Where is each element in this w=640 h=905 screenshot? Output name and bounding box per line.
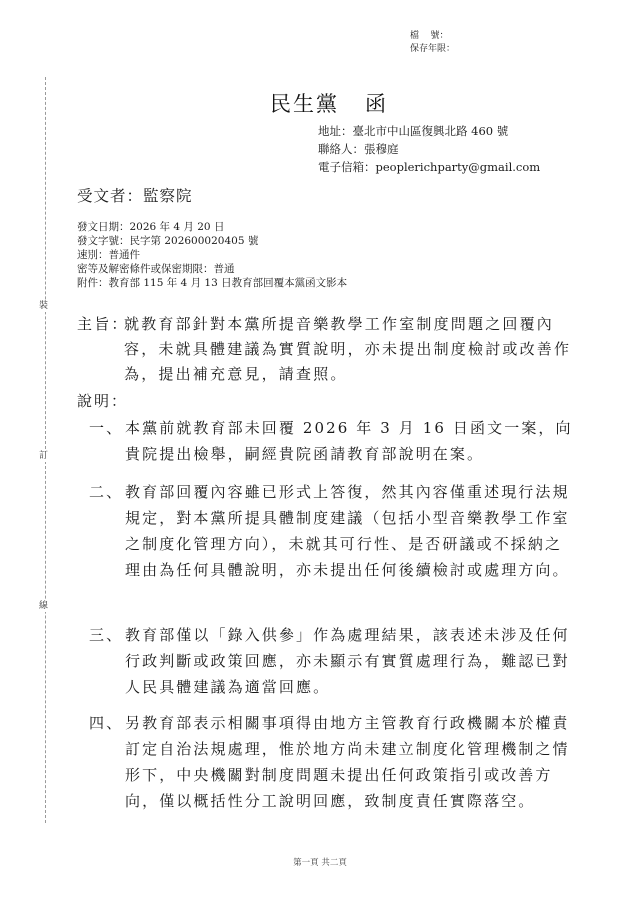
item-number: 四、 — [89, 710, 123, 736]
item-number: 二、 — [89, 479, 123, 505]
address: 地址：臺北市中山區復興北路 460 號 — [318, 122, 540, 140]
explanation-item: 四、 另教育部表示相關事項得由地方主管教育行政機關本於權責訂定自治法規處理，惟於… — [89, 710, 573, 814]
file-number-label: 檔 號： — [410, 30, 455, 43]
contact-block: 地址：臺北市中山區復興北路 460 號 聯絡人：張穆庭 電子信箱：peopler… — [318, 122, 540, 176]
item-text: 本黨前就教育部未回覆 2026 年 3 月 16 日函文一案，向貴院提出檢舉，嗣… — [125, 415, 573, 467]
recipient: 受文者：監察院 — [77, 184, 193, 206]
binding-mark-xian: 線 — [39, 600, 48, 612]
classification: 密等及解密條件或保密期限：普通 — [77, 262, 347, 276]
document-number: 發文字號：民字第 202600020405 號 — [77, 234, 347, 248]
subject-label: 主旨： — [77, 312, 129, 337]
document-title: 民生黨 函 — [270, 88, 388, 118]
item-number: 一、 — [89, 415, 123, 441]
document-meta: 發文日期：2026 年 4 月 20 日 發文字號：民字第 2026000204… — [77, 220, 347, 290]
attachment: 附件：教育部 115 年 4 月 13 日教育部回覆本黨函文影本 — [77, 276, 347, 290]
archive-info: 檔 號： 保存年限： — [410, 30, 455, 56]
item-text: 教育部回覆內容雖已形式上答復，然其內容僅重述現行法規規定，對本黨所提具體制度建議… — [125, 479, 573, 583]
item-text: 另教育部表示相關事項得由地方主管教育行政機關本於權責訂定自治法規處理，惟於地方尚… — [125, 710, 573, 814]
subject-text: 就教育部針對本黨所提音樂教學工作室制度問題之回覆內容，未就具體建議為實質說明，亦… — [124, 312, 572, 387]
issue-date: 發文日期：2026 年 4 月 20 日 — [77, 220, 347, 234]
explanation-item: 一、 本黨前就教育部未回覆 2026 年 3 月 16 日函文一案，向貴院提出檢… — [89, 415, 573, 467]
explanation-item: 三、 教育部僅以「錄入供參」作為處理結果，該表述未涉及任何行政判斷或政策回應，亦… — [89, 622, 573, 700]
explanation-item: 二、 教育部回覆內容雖已形式上答復，然其內容僅重述現行法規規定，對本黨所提具體制… — [89, 479, 573, 583]
binding-mark-zhuang: 裝 — [39, 300, 48, 312]
explanation-label: 說明： — [77, 390, 128, 411]
binding-mark-ding: 訂 — [39, 450, 48, 462]
document-page: 檔 號： 保存年限： 裝 訂 線 民生黨 函 地址：臺北市中山區復興北路 460… — [0, 0, 640, 905]
delivery-speed: 速別：普通件 — [77, 248, 347, 262]
item-number: 三、 — [89, 622, 123, 648]
contact-person: 聯絡人：張穆庭 — [318, 140, 540, 158]
subject-section: 主旨： 就教育部針對本黨所提音樂教學工作室制度問題之回覆內容，未就具體建議為實質… — [77, 312, 572, 387]
email: 電子信箱：peoplerichparty@gmail.com — [318, 158, 540, 176]
item-text: 教育部僅以「錄入供參」作為處理結果，該表述未涉及任何行政判斷或政策回應，亦未顯示… — [125, 622, 573, 700]
retention-period-label: 保存年限： — [410, 43, 455, 56]
page-number: 第一頁 共二頁 — [0, 856, 640, 868]
